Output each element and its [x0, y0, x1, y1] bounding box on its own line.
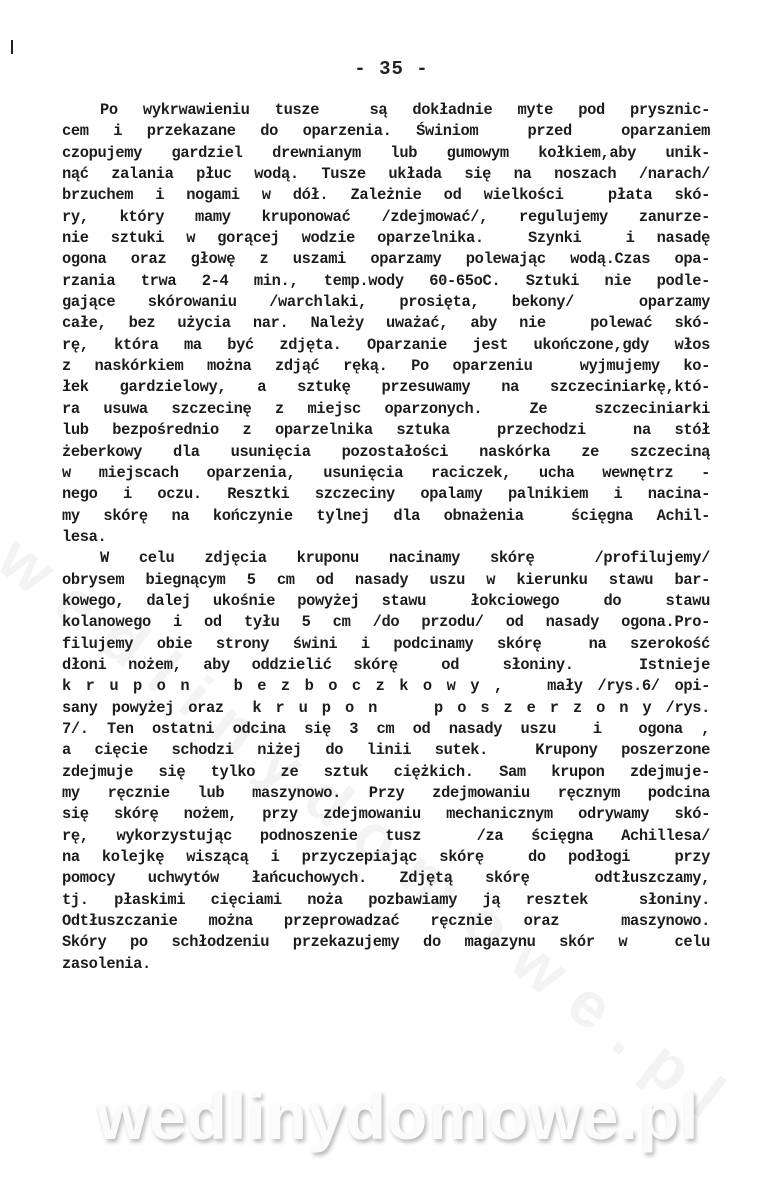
- document-body: Po wykrwawieniu tusze są dokładnie myte …: [62, 100, 710, 975]
- text-line: my ręcznie lub maszynowo. Przy zdejmowan…: [62, 783, 710, 804]
- text-line: cem i przekazane do oparzenia. Świniom p…: [62, 121, 710, 142]
- text-line: tj. płaskimi cięciami noża pozbawiamy ją…: [62, 890, 710, 911]
- text-line: lesa.: [62, 527, 710, 548]
- text-line: filujemy obie strony świni i podcinamy s…: [62, 634, 710, 655]
- text-line: nego i oczu. Resztki szczeciny opalamy p…: [62, 484, 710, 505]
- text-line: W celu zdjęcia kruponu nacinamy skórę /p…: [62, 548, 710, 569]
- text-line: nąć zalania płuc wodą. Tusze układa się …: [62, 164, 710, 185]
- text-line: 7/. Ten ostatni odcina się 3 cm od nasad…: [62, 719, 710, 740]
- text-line: Odtłuszczanie można przeprowadzać ręczni…: [62, 911, 710, 932]
- text-line: się skórę nożem, przy zdejmowaniu mechan…: [62, 804, 710, 825]
- text-line: rzania trwa 2-4 min., temp.wody 60-65oC.…: [62, 271, 710, 292]
- text-line: czopujemy gardziel drewnianym lub gumowy…: [62, 143, 710, 164]
- text-line: lub bezpośrednio z oparzelnika sztuka pr…: [62, 420, 710, 441]
- text-line: kowego, dalej ukośnie powyżej stawu łokc…: [62, 591, 710, 612]
- text-line: na kolejkę wiszącą i przyczepiając skórę…: [62, 847, 710, 868]
- paragraph-2: W celu zdjęcia kruponu nacinamy skórę /p…: [62, 548, 710, 975]
- text-line: łek gardzielowy, a sztukę przesuwamy na …: [62, 377, 710, 398]
- text-line: żeberkowy dla usunięcia pozostałości nas…: [62, 442, 710, 463]
- text-line: zdejmuje się tylko ze sztuk ciężkich. Sa…: [62, 762, 710, 783]
- paragraph-1: Po wykrwawieniu tusze są dokładnie myte …: [62, 100, 710, 548]
- text-line: nie sztuki w gorącej wodzie oparzelnika.…: [62, 228, 710, 249]
- text-line: ogona oraz głowę z uszami oparzamy polew…: [62, 249, 710, 270]
- text-line: a cięcie schodzi niżej do linii sutek. K…: [62, 740, 710, 761]
- text-line: zasolenia.: [62, 954, 710, 975]
- text-line: ra usuwa szczecinę z miejsc oparzonych. …: [62, 399, 710, 420]
- text-line: dłoni nożem, aby oddzielić skórę od słon…: [62, 655, 710, 676]
- text-line: w miejscach oparzenia, usunięcia racicze…: [62, 463, 710, 484]
- page-number: - 35 -: [0, 58, 783, 80]
- text-line: pomocy uchwytów łańcuchowych. Zdjętą skó…: [62, 868, 710, 889]
- text-line: Skóry po schłodzeniu przekazujemy do mag…: [62, 932, 710, 953]
- text-line: z naskórkiem można zdjąć ręką. Po oparze…: [62, 356, 710, 377]
- text-line: brzuchem i nogami w dół. Zależnie od wie…: [62, 185, 710, 206]
- text-line: ry, który mamy kruponować /zdejmować/, r…: [62, 207, 710, 228]
- margin-mark: [11, 40, 13, 54]
- text-line: kolanowego i od tyłu 5 cm /do przodu/ od…: [62, 612, 710, 633]
- site-watermark: wedlinydomowe.pl: [78, 1078, 718, 1154]
- text-line: Po wykrwawieniu tusze są dokładnie myte …: [62, 100, 710, 121]
- text-line: my skórę na kończynie tylnej dla obnażen…: [62, 506, 710, 527]
- text-line: k r u p o n b e z b o c z k o w y , mały…: [62, 676, 710, 697]
- text-line: rę, wykorzystując podnoszenie tusz /za ś…: [62, 826, 710, 847]
- text-line: gające skórowaniu /warchlaki, prosięta, …: [62, 292, 710, 313]
- text-line: rę, która ma być zdjęta. Oparzanie jest …: [62, 335, 710, 356]
- text-line: całe, bez użycia nar. Należy uważać, aby…: [62, 313, 710, 334]
- text-line: obrysem biegnącym 5 cm od nasady uszu w …: [62, 570, 710, 591]
- text-line: sany powyżej oraz k r u p o n p o s z e …: [62, 698, 710, 719]
